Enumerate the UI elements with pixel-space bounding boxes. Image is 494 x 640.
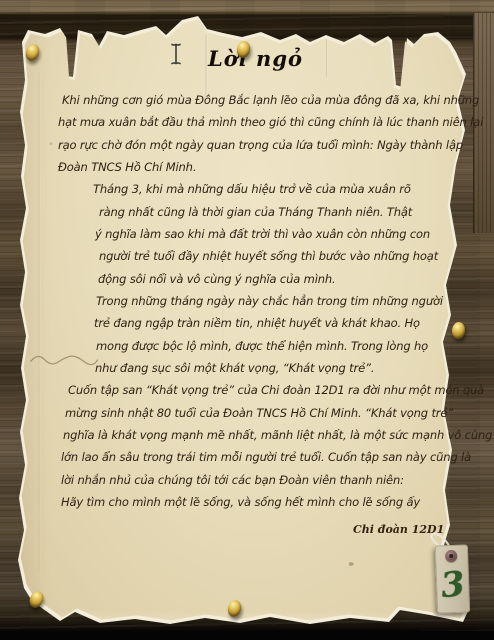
- paper-crease: [39, 73, 41, 572]
- text-line: như đang sục sôi một khát vọng, “Khát vọ…: [95, 361, 374, 375]
- scrapbook-page: Lời ngỏ Khi những cơn gió mùa Đông Bắc l…: [0, 0, 494, 640]
- text-line: Tháng 3, khi mà những dấu hiệu trở về củ…: [93, 182, 411, 196]
- page-title: Lời ngỏ: [208, 46, 318, 71]
- text-line: người trẻ tuổi đầy nhiệt huyết sống thì …: [99, 249, 438, 263]
- text-line: rạo rực chờ đón một ngày quan trọng của …: [58, 138, 463, 152]
- text-line: Đoàn TNCS Hồ Chí Minh.: [58, 160, 196, 174]
- paper-crease: [326, 37, 328, 77]
- bottom-black-bar: [0, 631, 494, 640]
- text-line: ràng nhất cũng là thời gian của Tháng Th…: [99, 205, 412, 219]
- text-line: lớn lao ẩn sâu trong trái tim mỗi người …: [61, 450, 471, 464]
- number-tag: 3: [435, 544, 470, 613]
- text-line: Trong những tháng ngày này chắc hẳn tron…: [96, 294, 443, 308]
- text-line: động sôi nổi và vô cùng ý nghĩa của mình…: [98, 272, 336, 286]
- text-line: lời nhắn nhủ của chúng tôi tới các bạn Đ…: [61, 473, 404, 487]
- text-line: mong được bộc lộ mình, được thể hiện mìn…: [96, 339, 428, 353]
- text-cursor-icon: [170, 43, 182, 65]
- paper-stain: [349, 562, 354, 566]
- paper-stain: [49, 142, 52, 145]
- text-line: trẻ đang ngập tràn niềm tin, nhiệt huyết…: [94, 316, 420, 330]
- text-line: Hãy tìm cho mình một lẽ sống, và sống hế…: [61, 495, 420, 509]
- text-line: mừng sinh nhật 80 tuổi của Đoàn TNCS Hồ …: [65, 406, 453, 420]
- tag-number: 3: [434, 561, 471, 608]
- text-line: hạt mưa xuân bắt đầu thả mình theo gió t…: [58, 115, 483, 129]
- tag-grommet-icon: [445, 550, 457, 562]
- text-line: Cuốn tập san “Khát vọng trẻ” của Chi đoà…: [68, 383, 484, 397]
- text-line: Khi những cơn gió mùa Đông Bắc lạnh lẽo …: [62, 93, 479, 107]
- text-line: ý nghĩa làm sao khi mà đất trời thì vào …: [95, 227, 430, 241]
- text-line: nghĩa là khát vọng mạnh mẽ nhất, mãnh li…: [63, 428, 492, 442]
